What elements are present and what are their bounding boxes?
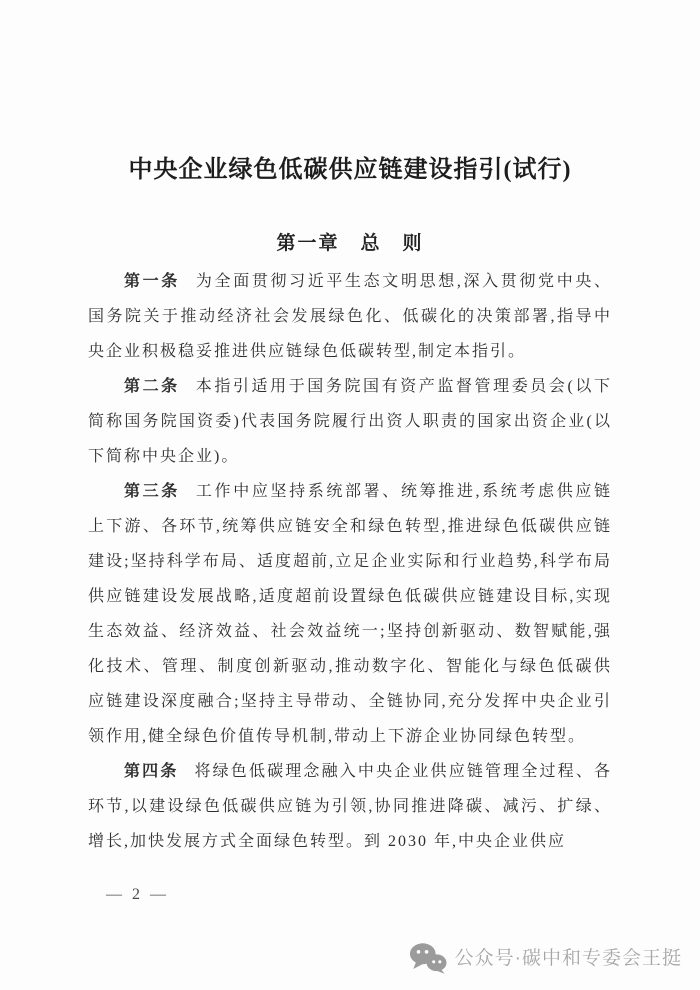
article-1-label: 第一条 (124, 273, 180, 290)
article-3-label: 第三条 (124, 483, 180, 500)
article-3: 第三条工作中应坚持系统部署、统筹推进,系统考虑供应链上下游、各环节,统筹供应链安… (88, 474, 612, 754)
article-3-text: 工作中应坚持系统部署、统筹推进,系统考虑供应链上下游、各环节,统筹供应链安全和绿… (88, 483, 612, 745)
wechat-icon (409, 942, 447, 975)
article-1: 第一条为全面贯彻习近平生态文明思想,深入贯彻党中央、国务院关于推动经济社会发展绿… (88, 264, 612, 369)
chapter-heading: 第一章 总 则 (88, 232, 612, 256)
document-body: 第一条为全面贯彻习近平生态文明思想,深入贯彻党中央、国务院关于推动经济社会发展绿… (88, 264, 612, 859)
article-4: 第四条将绿色低碳理念融入中央企业供应链管理全过程、各环节,以建设绿色低碳供应链为… (88, 754, 612, 859)
document-page: 中央企业绿色低碳供应链建设指引(试行) 第一章 总 则 第一条为全面贯彻习近平生… (0, 0, 700, 859)
article-2: 第二条本指引适用于国务院国有资产监督管理委员会(以下简称国务院国资委)代表国务院… (88, 369, 612, 474)
document-title: 中央企业绿色低碳供应链建设指引(试行) (88, 154, 612, 186)
watermark: 公众号·碳中和专委会王挺 (409, 942, 682, 975)
page-number: — 2 — (106, 886, 169, 904)
watermark-text: 公众号·碳中和专委会王挺 (455, 943, 682, 975)
article-4-label: 第四条 (124, 763, 178, 780)
article-2-label: 第二条 (124, 378, 180, 395)
